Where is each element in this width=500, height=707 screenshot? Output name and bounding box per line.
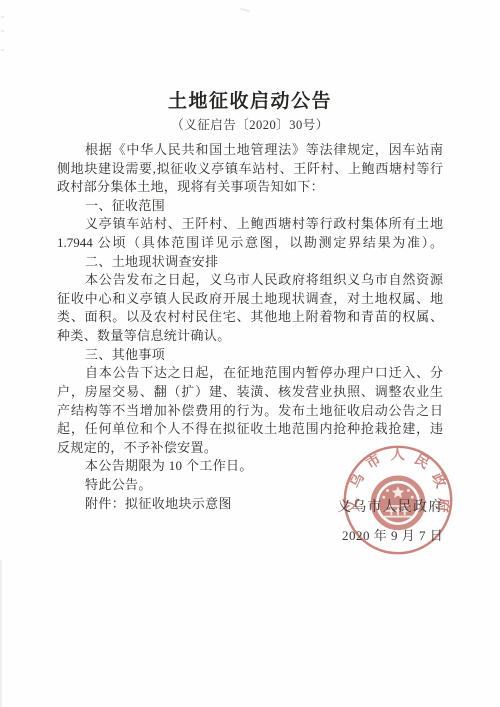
body-line: 自本公告下达之日起，在征地范围内暂停办理户口迁入、分	[57, 364, 443, 383]
body-line: 产结构等不当增加补偿费用的行为。发布土地征收启动公告之日	[57, 402, 443, 421]
section-heading: 二、土地现状调查安排	[57, 253, 443, 272]
document-number: （义征启告〔2020〕30号）	[0, 115, 500, 133]
body-line: 种类、数量等信息统计确认。	[57, 327, 443, 346]
scanned-announcement-page: 土地征收启动公告 （义征启告〔2020〕30号） 根据《中华人民共和国土地管理法…	[0, 0, 500, 707]
scan-edge-artifact	[0, 560, 2, 707]
scan-smudge	[240, 8, 250, 13]
body-line: 1.7944 公顷（具体范围详见示意图，以勘测定界结果为准）。	[57, 234, 443, 253]
body-line: 本公告发布之日起，义乌市人民政府将组织义乌市自然资源	[57, 271, 443, 290]
scan-speck	[1, 16, 4, 18]
section-heading: 一、征收范围	[57, 197, 443, 216]
body-line: 起，任何单位和个人不得在拟征收土地范围内抢种抢栽抢建，违	[57, 420, 443, 439]
scan-speck	[1, 30, 4, 32]
body-line: 义亭镇车站村、王阡村、上鲍西塘村等行政村集体所有土地	[57, 215, 443, 234]
issue-date: 2020 年 9 月 7 日	[342, 525, 500, 544]
body-line: 侧地块建设需要,拟征收义亭镇车站村、王阡村、上鲍西塘村等行	[57, 160, 443, 179]
section-heading: 三、其他事项	[57, 346, 443, 365]
body-line: 政村部分集体土地，现将有关事项告知如下：	[57, 178, 443, 197]
body-line: 根据《中华人民共和国土地管理法》等法律规定，因车站南	[57, 141, 443, 160]
body-line: 户，房屋交易、翻（扩）建、装潢、核发营业执照、调整农业生	[57, 383, 443, 402]
issuer-signature: 义乌市人民政府	[337, 496, 497, 516]
page-title: 土地征收启动公告	[0, 86, 500, 113]
scan-speck	[1, 49, 4, 51]
body-line: 征收中心和义亭镇人民政府开展土地现状调查，对土地权属、地	[57, 290, 443, 309]
body-line: 类、面积。以及农村村民住宅、其他地上附着物和青苗的权属、	[57, 308, 443, 327]
